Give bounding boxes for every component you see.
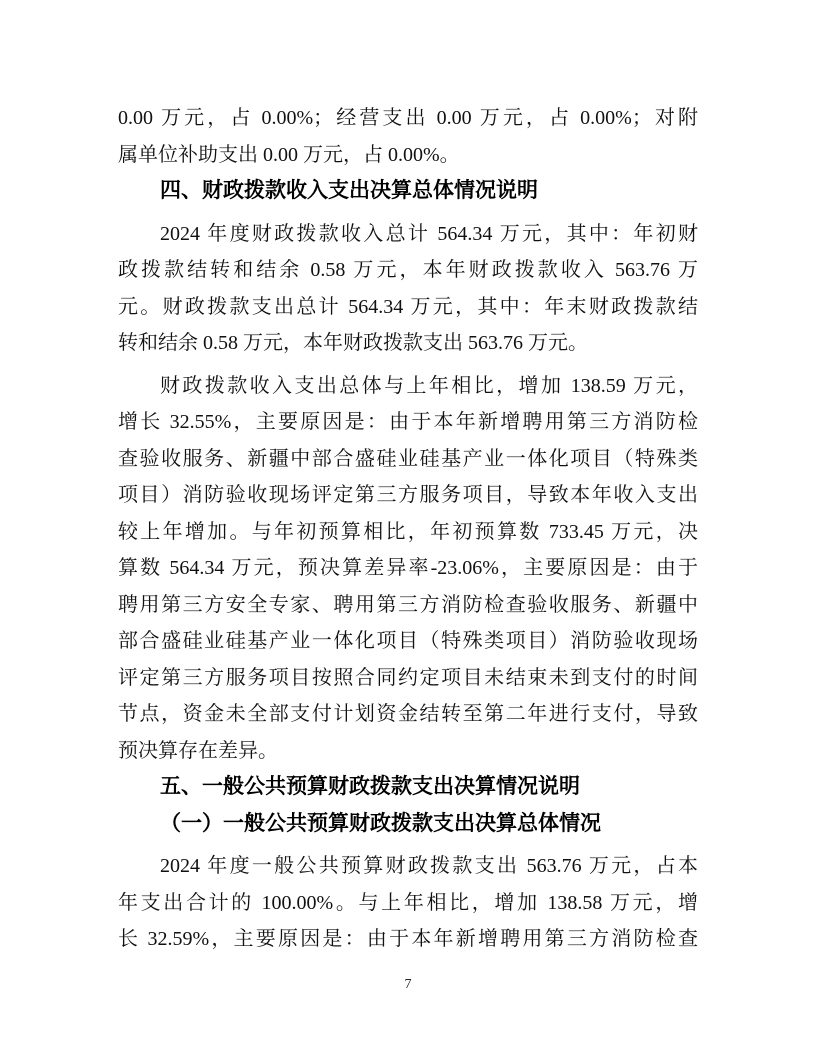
- text-line: 2024 年度财政拨款收入总计 564.34 万元，其中：年初财: [118, 216, 698, 253]
- text-line: 财政拨款收入支出总体与上年相比，增加 138.59 万元，: [118, 368, 698, 405]
- paragraph: 财政拨款收入支出总体与上年相比，增加 138.59 万元， 增长 32.55%，…: [118, 368, 698, 770]
- text-line: 政拨款结转和结余 0.58 万元，本年财政拨款收入 563.76 万: [118, 252, 698, 289]
- text-line: 0.00 万元，占 0.00%；经营支出 0.00 万元，占 0.00%；对附: [118, 100, 698, 137]
- document-page: 0.00 万元，占 0.00%；经营支出 0.00 万元，占 0.00%；对附 …: [0, 0, 816, 1056]
- text-line: 查验收服务、新疆中部合盛硅业硅基产业一体化项目（特殊类: [118, 441, 698, 478]
- document-content: 0.00 万元，占 0.00%；经营支出 0.00 万元，占 0.00%；对附 …: [118, 100, 698, 958]
- paragraph: 2024 年度财政拨款收入总计 564.34 万元，其中：年初财 政拨款结转和结…: [118, 216, 698, 362]
- section-heading-4: 四、财政拨款收入支出决算总体情况说明: [118, 173, 698, 210]
- text-line: 聘用第三方安全专家、聘用第三方消防检查验收服务、新疆中: [118, 587, 698, 624]
- text-line: 长 32.59%，主要原因是：由于本年新增聘用第三方消防检查: [118, 921, 698, 958]
- text-line: 2024 年度一般公共预算财政拨款支出 563.76 万元，占本: [118, 848, 698, 885]
- text-line: 元。财政拨款支出总计 564.34 万元，其中：年末财政拨款结: [118, 289, 698, 326]
- subsection-heading-1: （一）一般公共预算财政拨款支出决算总体情况: [118, 806, 698, 843]
- text-line: 增长 32.55%，主要原因是：由于本年新增聘用第三方消防检: [118, 404, 698, 441]
- paragraph: 2024 年度一般公共预算财政拨款支出 563.76 万元，占本 年支出合计的 …: [118, 848, 698, 958]
- text-line: 年支出合计的 100.00%。与上年相比，增加 138.58 万元，增: [118, 885, 698, 922]
- paragraph-continuation: 0.00 万元，占 0.00%；经营支出 0.00 万元，占 0.00%；对附 …: [118, 100, 698, 173]
- text-line: 属单位补助支出 0.00 万元，占 0.00%。: [118, 137, 698, 174]
- text-line: 评定第三方服务项目按照合同约定项目未结束未到支付的时间: [118, 660, 698, 697]
- text-line: 转和结余 0.58 万元，本年财政拨款支出 563.76 万元。: [118, 325, 698, 362]
- text-line: 项目）消防验收现场评定第三方服务项目，导致本年收入支出: [118, 477, 698, 514]
- text-line: 较上年增加。与年初预算相比，年初预算数 733.45 万元，决: [118, 514, 698, 551]
- page-number: 7: [0, 976, 816, 994]
- text-line: 部合盛硅业硅基产业一体化项目（特殊类项目）消防验收现场: [118, 623, 698, 660]
- section-heading-5: 五、一般公共预算财政拨款支出决算情况说明: [118, 769, 698, 806]
- text-line: 节点，资金未全部支付计划资金结转至第二年进行支付，导致: [118, 696, 698, 733]
- text-line: 算数 564.34 万元，预决算差异率-23.06%，主要原因是：由于: [118, 550, 698, 587]
- text-line: 预决算存在差异。: [118, 733, 698, 770]
